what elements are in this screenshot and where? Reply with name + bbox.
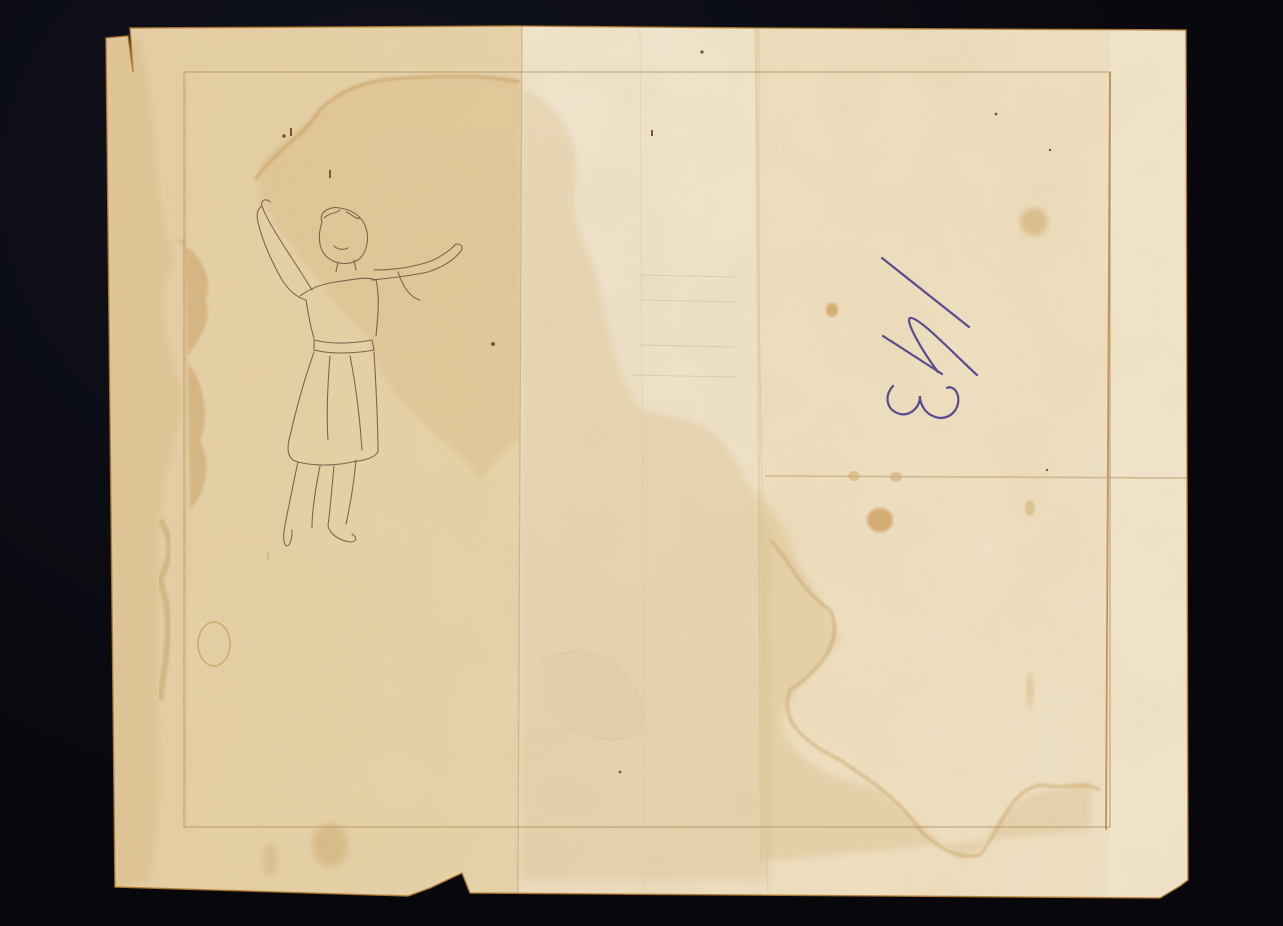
paper-photo: 143 (0, 0, 1283, 926)
